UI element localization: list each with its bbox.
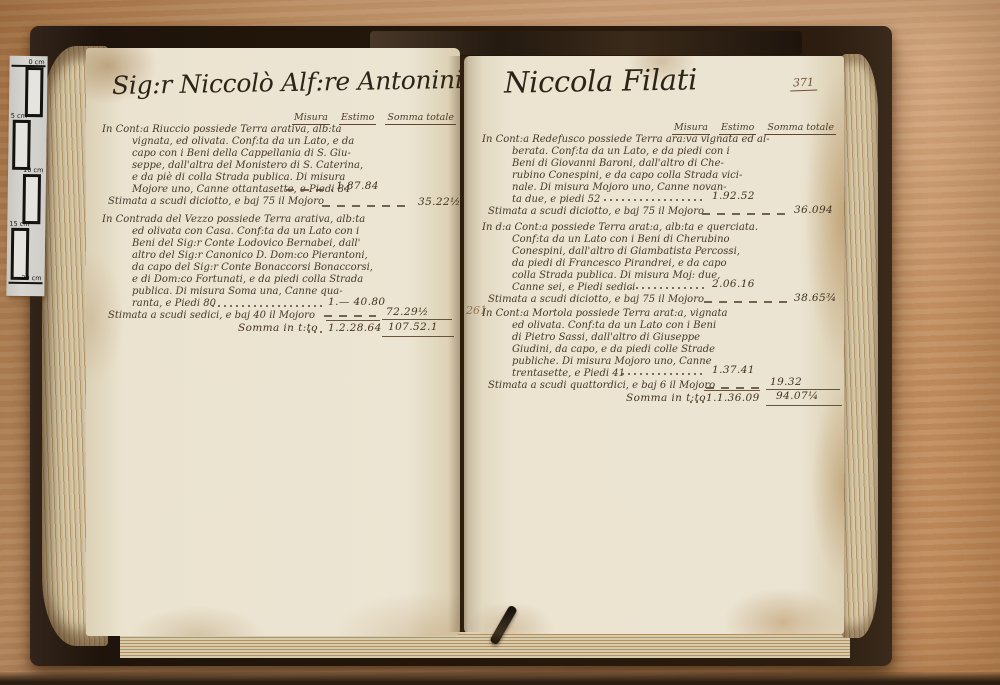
leader-dots [690, 401, 704, 403]
misura-value: 1.87.84 [336, 180, 379, 192]
ruler-label: 0 cm [28, 58, 44, 66]
table-edge-shadow [0, 672, 1000, 685]
leader-dots [604, 199, 704, 201]
somma-total-value: 107.52.1 [388, 321, 438, 333]
leader-line [704, 301, 788, 303]
misura-total-value: 1.1.36.09 [706, 392, 760, 404]
page-edges-right [842, 54, 878, 638]
scale-ruler: 0 cm 5 cm 10 cm 15 cm 20 cm [6, 56, 47, 297]
misura-value: 1.92.52 [712, 190, 755, 202]
leader-dots [308, 331, 324, 333]
ruler-segment [12, 120, 31, 170]
entry-line: ed olivata con Casa. Conf:ta da un Lato … [132, 226, 373, 238]
entry-lines: In d:a Cont:a possiede Terra arat:a, alb… [482, 222, 758, 306]
right-page-title: Niccola Filati [504, 62, 698, 99]
left-page-title: Sig:r Niccolò Alf:re Antonini [112, 65, 463, 100]
entry-line: In Contrada del Vezzo possiede Terra ara… [102, 214, 373, 226]
leader-dots [630, 287, 704, 289]
entry-line: Stimata a scudi diciotto, e baj 75 il Mo… [488, 206, 770, 218]
ruler-segment [22, 174, 41, 224]
entry-line: In Cont:a Redefusco possiede Terra ara:v… [482, 134, 770, 146]
ruler-label: 10 cm [23, 166, 43, 174]
leader-dots [212, 305, 324, 307]
entry-line: Giudini, da capo, e da piedi colle Strad… [512, 344, 727, 356]
entry-line: da capo del Sig:r Conte Bonaccorsi Bonac… [132, 262, 373, 274]
column-header-somma: Somma totale [385, 112, 456, 125]
entry-line: berata. Conf:ta da un Lato, e da piedi c… [512, 146, 770, 158]
leader-dots [622, 373, 704, 375]
leader-line [702, 213, 788, 215]
ruler-label: 15 cm [9, 220, 29, 228]
leader-line [286, 189, 332, 191]
left-page: Sig:r Niccolò Alf:re Antonini Misura Est… [86, 48, 460, 636]
entry-lines: In Cont:a Mortola possiede Terra arat:a,… [482, 308, 727, 392]
entry-line: Beni di Giovanni Baroni, dall'altro di C… [512, 158, 770, 170]
ruler-label: 20 cm [21, 274, 41, 282]
entry-line: di Pietro Sassi, dall'altro di Giuseppe [512, 332, 727, 344]
leader-line [706, 387, 764, 389]
entry-line: Conf:ta da un Lato con i Beni di Cherubi… [512, 234, 758, 246]
manuscript-photo: Sig:r Niccolò Alf:re Antonini Misura Est… [0, 0, 1000, 685]
entry-line: In d:a Cont:a possiede Terra arat:a, alb… [482, 222, 758, 234]
manuscript-entry: In d:a Cont:a possiede Terra arat:a, alb… [482, 222, 758, 306]
somma-value: 38.65¾ [794, 292, 837, 304]
leader-line [324, 315, 376, 317]
page-number: 371 [790, 76, 818, 92]
entry-line: da piedi di Francesco Pirandrei, e da ca… [512, 258, 758, 270]
entry-lines: In Cont:a Riuccio possiede Terra arativa… [102, 124, 363, 208]
entry-line: seppe, dall'altra del Monistero di S. Ca… [132, 160, 363, 172]
leader-line [322, 205, 412, 207]
column-header-somma: Somma totale [765, 122, 836, 135]
entry-line: Beni del Sig:r Conte Lodovico Bernabei, … [132, 238, 373, 250]
misura-value: 1.— 40.80 [328, 296, 386, 308]
estimo-value: 72.29½ [386, 306, 429, 318]
ruler-segment [11, 228, 30, 280]
entry-line: e da piè di colla Strada publica. Di mis… [132, 172, 363, 184]
entry-line: rubino Conespini, e da capo colla Strada… [512, 170, 770, 182]
book-gutter [448, 56, 482, 632]
entry-line: Stimata a scudi quattordici, e baj 6 il … [488, 380, 727, 392]
total-rule [382, 336, 454, 337]
entry-line: altro del Sig:r Canonico D. Dom:co Piera… [132, 250, 373, 262]
manuscript-entry: In Cont:a Mortola possiede Terra arat:a,… [482, 308, 727, 392]
ruler-segment [25, 67, 44, 117]
somma-label: Somma in t:to [238, 322, 318, 334]
entry-line: In Cont:a Riuccio possiede Terra arativa… [102, 124, 363, 136]
entry-line: Stimata a scudi diciotto, e baj 75 il Mo… [488, 294, 758, 306]
entry-line: In Cont:a Mortola possiede Terra arat:a,… [482, 308, 727, 320]
entry-line: Conespini, dall'altro di Giambatista Per… [512, 246, 758, 258]
manuscript-entry: In Cont:a Redefusco possiede Terra ara:v… [482, 134, 770, 218]
manuscript-entry: In Cont:a Riuccio possiede Terra arativa… [102, 124, 363, 208]
entry-line: capo con i Beni della Cappellania di S. … [132, 148, 363, 160]
misura-value: 2.06.16 [712, 278, 755, 290]
entry-line: vignata, ed olivata. Conf:ta da un Lato,… [132, 136, 363, 148]
right-page: Niccola Filati 371 Misura Estimo Somma t… [464, 56, 844, 634]
misura-total-value: 1.2.28.64 [328, 322, 382, 334]
somma-total-value: 94.07¼ [776, 390, 819, 402]
total-rule [766, 405, 842, 406]
entry-line: e di Dom:co Fortunati, e da piedi colla … [132, 274, 373, 286]
estimo-value: 19.32 [770, 376, 802, 388]
somma-value: 36.094 [794, 204, 833, 216]
entry-lines: In Cont:a Redefusco possiede Terra ara:v… [482, 134, 770, 218]
ruler-label: 5 cm [11, 112, 27, 120]
entry-line: publiche. Di misura Mojoro uno, Canne [512, 356, 727, 368]
entry-line: ed olivata. Conf:ta da un Lato con i Ben… [512, 320, 727, 332]
misura-value: 1.37.41 [712, 364, 755, 376]
